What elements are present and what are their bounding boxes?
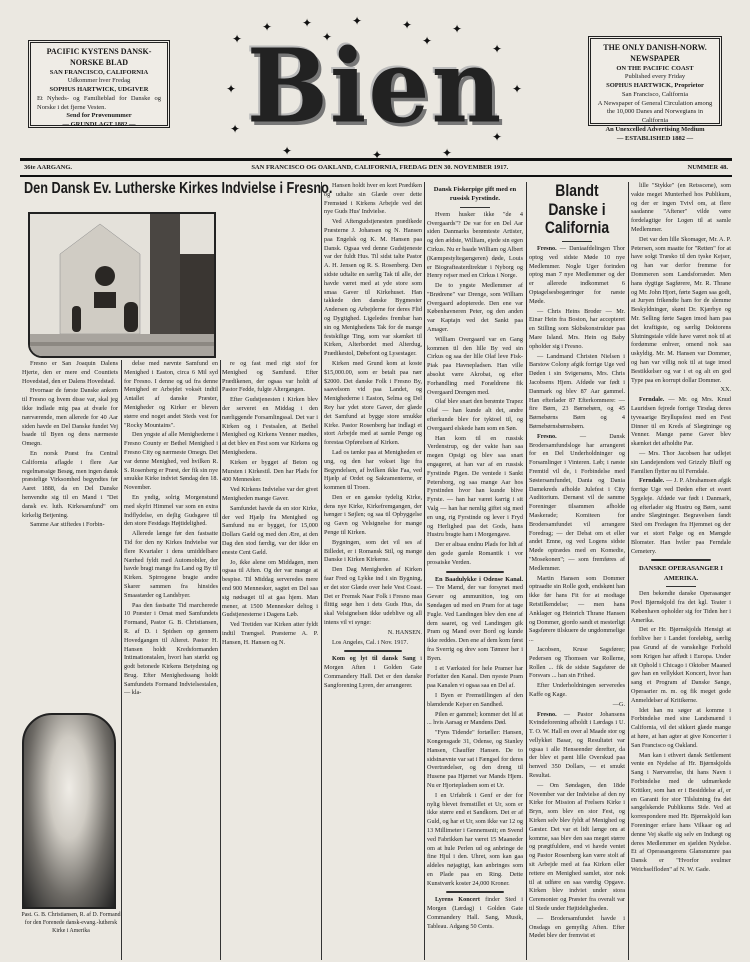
church-photo [28, 212, 216, 358]
rule-top [20, 158, 732, 161]
paragraph: En norsk Præst fra Central California af… [22, 450, 118, 520]
paragraph: Kirken er bygget af Beton og Mursten i K… [222, 459, 318, 485]
location: Fresno. [537, 433, 557, 440]
ear-advertising: An Unexcelled Advertising Medium [597, 126, 713, 135]
portrait-photo [22, 713, 116, 909]
paragraph: — Mrs. Thor Jacobsen har udlejet sin Lan… [631, 450, 731, 476]
paragraph: "Fyns Tidende" fortæller: Hansen, Kongen… [427, 729, 523, 791]
ear-title-en: THE ONLY DANISH-NORW. NEWSPAPER [597, 43, 713, 65]
paragraph: Jo, ikke alene om Middagen, men ogsaa ti… [222, 559, 318, 621]
paragraph: Fresno er San Joaquin Dalens Hjerte, den… [22, 360, 118, 386]
paragraph: Det er Hr. Bjørnskjolds Hensigt at forbl… [631, 626, 731, 705]
ear-sample-note: Send for Prøvenummer [37, 112, 161, 121]
newspaper-page: PACIFIC KYSTENS DANSK-NORSKE BLAD SAN FR… [0, 0, 750, 962]
paragraph: Olaf blev snart den berømte Trapez Olaf … [427, 398, 523, 433]
paragraph: lille "Stykke" (en Retsscene), som vakte… [631, 182, 731, 235]
divider [666, 586, 696, 587]
paragraph: — Om Søndagen, den 18de November var der… [529, 782, 625, 914]
paragraph: En yndig, solrig Morgenstund med skyfri … [124, 494, 218, 529]
paragraph: Den Dag Menigheden af Kirken faar Fred o… [324, 566, 422, 628]
ear-description: Et Nyheds- og Familieblad for Danske og … [37, 95, 161, 113]
lead-headline: Den Dansk Ev. Lutherske Kirkes Indvielse… [24, 180, 280, 198]
masthead: ✦✦✦ ✦✦✦ ✦✦✦ ✦✦✦ ✦✦✦ ✦ Bien [222, 12, 528, 160]
paragraph: William Overgaard var en Gang kommen til… [427, 336, 523, 398]
paragraph: — Landmand Christen Nielsen i Barstow Co… [529, 353, 625, 432]
paragraph: Allerede længe før den fastsatte Tid for… [124, 530, 218, 600]
lead-story-col3: re og fast med rigt stof for Menighed og… [222, 360, 318, 960]
notice-bold: Kom og lyt til dansk Sang [332, 655, 416, 662]
ornamental-rule [446, 891, 504, 893]
lead-story-col2: delse med nævnte Samfund en Menighed i E… [124, 360, 218, 960]
ear-founded: — GRUNDLAGT 1882 — [37, 121, 161, 130]
concert-bold: Lyrens Koncert [435, 896, 480, 903]
location: Fresno. [537, 711, 557, 718]
paragraph: Ved Kirkens Indvielse var der givet Meni… [222, 486, 318, 504]
left-ear-box: PACIFIC KYSTENS DANSK-NORSKE BLAD SAN FR… [28, 40, 170, 128]
paragraph: — Brodersamfundet havde i Onsdags en gem… [529, 915, 625, 941]
section-headline: Blandt Danske i California [538, 182, 617, 238]
paragraph: Martin Hansen som Dommer optraadte sin R… [529, 575, 625, 645]
ear-city-en: San Francisco, California [597, 91, 713, 100]
paragraph: Ved Aftengudstjenesten prædikede Præster… [324, 218, 422, 359]
paragraph: Pilen er gammel; kommer det lil at ... h… [427, 711, 523, 729]
column-rule [321, 182, 322, 960]
ear-proprietor: SOPHUS HARTWICK, Proprietor [597, 82, 713, 91]
location: Ferndale. [639, 477, 664, 484]
paragraph: Paa den fastsatte Tid marcherede 10 Præs… [124, 602, 218, 699]
paragraph: Den bekendte danske Operasanger Povl Bjø… [631, 590, 731, 625]
paragraph: I et Værksted for hele Pramer har Forfat… [427, 665, 523, 691]
column-7: lille "Stykke" (en Retsscene), som vakte… [631, 182, 731, 960]
issue-number: NUMMER 48. [688, 164, 728, 171]
paragraph: Efter Gudstjenesten i Kirken blev der se… [222, 396, 318, 458]
lead-story-col4: Hansen holdt hver en kort Prædiken og ud… [324, 182, 422, 960]
ear-frequency: Udkommer hver Fredag [37, 77, 161, 86]
right-ear-box: THE ONLY DANISH-NORW. NEWSPAPER ON THE P… [588, 36, 722, 126]
paragraph: Hvem husker ikke "de 4 Overgaards"? De v… [427, 211, 523, 281]
paragraph: — J. P. Abrahamsen afgik forrige Uge ved… [631, 477, 731, 554]
volume-label: 36te AARGANG. [24, 164, 72, 171]
paragraph: I en Urfabrik i Genf er der for nylig bl… [427, 792, 523, 889]
paragraph: — Dansk Brodersamfundsloge har arrangere… [529, 433, 625, 572]
column-rule [121, 360, 122, 960]
column-rule [220, 360, 221, 960]
paragraph: Efter Underholdningen serveredes Kaffe o… [529, 682, 625, 700]
paragraph: Den yngste af alle Menighederne i Fresno… [124, 431, 218, 493]
article-headline: Dansk Fiskerpige gift med en russisk Fyr… [427, 185, 523, 204]
signature-place: Los Angeles, Cal. i Nov. 1917. [324, 639, 422, 648]
paragraph: Kirken med Grund kom at koste $15,000.00… [324, 360, 422, 448]
article-headline: En Baadulykke i Odense Kanal. [435, 576, 523, 583]
paragraph: Der er altsaa endnu Plads for lidt af de… [427, 541, 523, 567]
divider [562, 241, 592, 242]
church-illustration [30, 214, 216, 358]
ornamental-rule [651, 559, 711, 561]
paragraph: — Tre Mænd, der var forsynet med Gevær o… [427, 584, 523, 661]
ear-coast: ON THE PACIFIC COAST [597, 65, 713, 74]
signature: XX. [631, 386, 731, 395]
paragraph: Jacobsen, Kruse Sagsfører; Pedersen og T… [529, 646, 625, 681]
paragraph: Ved Tretiden var Kirken atter fyldt indt… [222, 621, 318, 647]
article-headline: DANSKE OPERASANGER I AMERIKA. [631, 564, 731, 583]
ear-publisher: SOPHUS HARTWICK, UDGIVER [37, 86, 161, 95]
ear-established: — ESTABLISHED 1882 — [597, 135, 713, 144]
column-6: Blandt Danske i California Fresno. — Dan… [529, 182, 625, 960]
lead-story-col1: Fresno er San Joaquin Dalens Hjerte, den… [22, 360, 118, 710]
paragraph: De to yngste Medlemmer af "Brødrene" var… [427, 282, 523, 335]
paragraph: delse med nævnte Samfund en Menighed i E… [124, 360, 218, 430]
column-rule [628, 182, 629, 960]
dateline: 36te AARGANG. SAN FRANCISCO OG OAKLAND, … [24, 164, 728, 171]
portrait-caption: Past. G. B. Christiansen, R. af D. Forma… [20, 912, 122, 935]
paragraph: Han kom til en russisk Verdenstrup, og d… [427, 435, 523, 541]
location: Ferndale. [639, 396, 664, 403]
paragraph: — Mr. og Mrs. Knud Lauridsen fejrede for… [631, 396, 731, 447]
paragraph: Lad os tænke paa at Menigheden er ung, o… [324, 449, 422, 493]
place-date: SAN FRANCISCO OG OAKLAND, CALIFORNIA, FR… [251, 164, 508, 171]
paragraph: I Byen er Fremstillingen af den blændend… [427, 692, 523, 710]
ear-circulation: A Newspaper of General Circulation among… [597, 100, 713, 126]
paragraph: Hvornaar de første Danske ankom til Fres… [22, 387, 118, 449]
signature: N. HANSEN. [324, 629, 422, 638]
location: Fresno. [537, 245, 557, 252]
paragraph: re og fast med rigt stof for Menighed og… [222, 360, 318, 395]
newspaper-title: Bien [247, 27, 503, 146]
paragraph: Idet han nu søger at komme i Forbindelse… [631, 707, 731, 751]
signature: —G. [529, 701, 625, 710]
paragraph: Man kan i ethvert dansk Settlement vente… [631, 752, 731, 875]
paragraph: — Daniaafdelingen Thor optog ved sidste … [529, 245, 625, 305]
paragraph: Hansen holdt hver en kort Prædiken og ud… [324, 182, 422, 217]
paragraph: Den er en ganske tydelig Kirke, dens nye… [324, 494, 422, 538]
paragraph: Bygningen, som det vil ses af Billedet, … [324, 539, 422, 565]
column-rule [526, 182, 527, 960]
divider [460, 207, 490, 208]
paragraph: Samme Aar stiftedes i Forbin- [22, 521, 118, 530]
paragraph: Det var den lille Skomager, Mr. A. P. Pe… [631, 236, 731, 386]
paragraph: Samfundet havde da en stor Kirke, der ve… [222, 505, 318, 558]
column-rule [424, 182, 425, 960]
column-5: Dansk Fiskerpige gift med en russisk Fyr… [427, 182, 523, 960]
paragraph: — Chris Heins Broder — Mr. Einar Hein fr… [529, 308, 625, 352]
ear-title: PACIFIC KYSTENS DANSK-NORSKE BLAD [37, 47, 161, 69]
ornamental-rule [446, 571, 504, 573]
ornamental-rule [344, 650, 403, 652]
ear-city: SAN FRANCISCO, CALIFORNIA [37, 69, 161, 78]
paragraph: — Pastor Johansens Kvindeforening afhold… [529, 711, 625, 780]
ear-published: Published every Friday [597, 73, 713, 82]
rule-bottom [20, 175, 732, 177]
